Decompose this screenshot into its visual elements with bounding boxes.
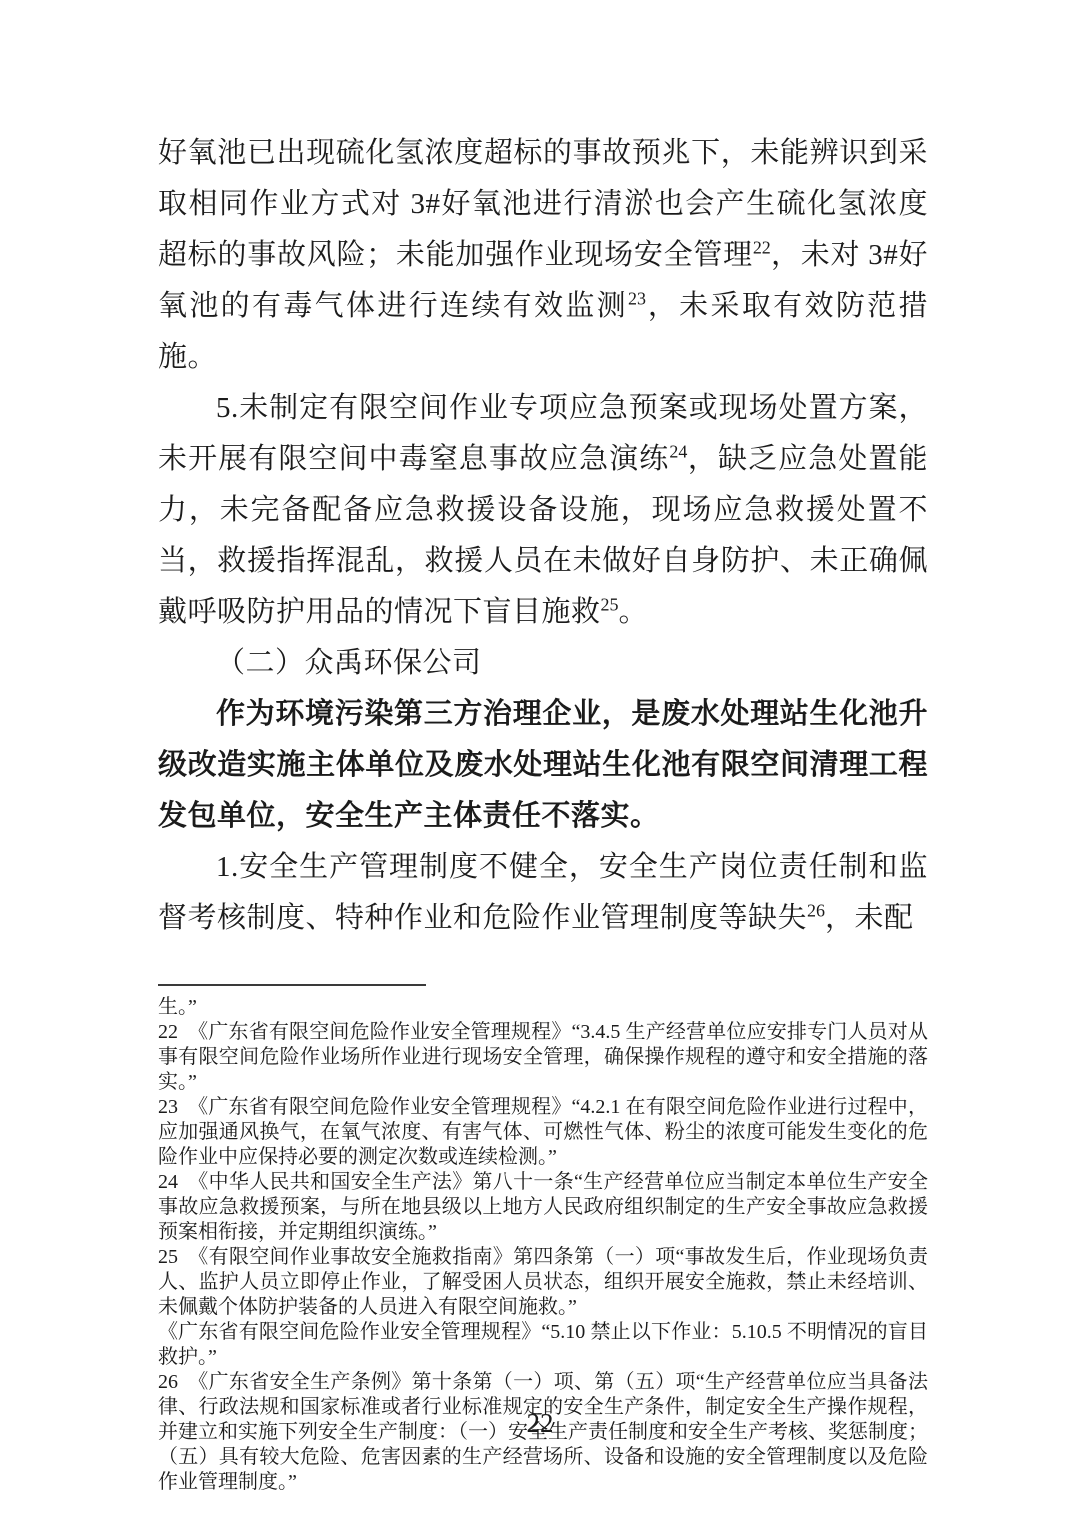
footnote-ref-23: 23 [628,288,646,308]
footnote-25: 25《有限空间作业事故安全施救指南》第四条第（一）项“事故发生后，作业现场负责人… [158,1245,928,1320]
footnote-text: 《中华人民共和国安全生产法》第八十一条“生产经营单位应当制定本单位生产安全事故应… [158,1171,928,1243]
footnote-24: 24《中华人民共和国安全生产法》第八十一条“生产经营单位应当制定本单位生产安全事… [158,1170,928,1245]
footnote-ref-25: 25 [601,594,619,614]
footnote-number: 26 [158,1371,178,1393]
paragraph-item-1: 1.安全生产管理制度不健全，安全生产岗位责任制和监督考核制度、特种作业和危险作业… [158,842,928,944]
body-text: 好氧池已出现硫化氢浓度超标的事故预兆下，未能辨识到采取相同作业方式对 3#好氧池… [158,128,928,944]
text-run: ，未配 [825,902,914,934]
text-run: 1.安全生产管理制度不健全，安全生产岗位责任制和监督考核制度、特种作业和危险作业… [158,851,928,934]
paragraph-item-5: 5.未制定有限空间作业专项应急预案或现场处置方案，未开展有限空间中毒窒息事故应急… [158,383,928,638]
footnote-text: 《广东省有限空间危险作业安全管理规程》“3.4.5 生产经营单位应安排专门人员对… [158,1021,928,1093]
section-heading: （二）众禹环保公司 [158,638,928,689]
footnote-25-part2: 《广东省有限空间危险作业安全管理规程》“5.10 禁止以下作业：5.10.5 不… [158,1320,928,1370]
footnote-text: 《广东省有限空间危险作业安全管理规程》“5.10 禁止以下作业：5.10.5 不… [158,1321,928,1368]
footnote-text: 生。” [158,996,197,1018]
footnote-text: 《广东省有限空间危险作业安全管理规程》“4.2.1 在有限空间危险作业进行过程中… [158,1096,928,1168]
paragraph-continuation: 好氧池已出现硫化氢浓度超标的事故预兆下，未能辨识到采取相同作业方式对 3#好氧池… [158,128,928,383]
footnote-separator [158,984,426,986]
document-page: 好氧池已出现硫化氢浓度超标的事故预兆下，未能辨识到采取相同作业方式对 3#好氧池… [0,0,1080,1527]
footnote-22: 22《广东省有限空间危险作业安全管理规程》“3.4.5 生产经营单位应安排专门人… [158,1020,928,1095]
footnote-text: 《有限空间作业事故安全施救指南》第四条第（一）项“事故发生后，作业现场负责人、监… [158,1246,928,1318]
footnote-21-continuation: 生。” [158,995,928,1020]
footnote-number: 22 [158,1021,178,1043]
footnote-ref-22: 22 [753,237,771,257]
footnote-ref-24: 24 [669,441,687,461]
footnote-ref-26: 26 [807,900,825,920]
footnote-number: 25 [158,1246,178,1268]
footnote-number: 23 [158,1096,178,1118]
paragraph-emphasis: 作为环境污染第三方治理企业，是废水处理站生化池升级改造实施主体单位及废水处理站生… [158,689,928,842]
page-number: 22 [0,1408,1080,1439]
footnote-number: 24 [158,1171,178,1193]
text-run: 。 [618,596,648,628]
footnote-23: 23《广东省有限空间危险作业安全管理规程》“4.2.1 在有限空间危险作业进行过… [158,1095,928,1170]
